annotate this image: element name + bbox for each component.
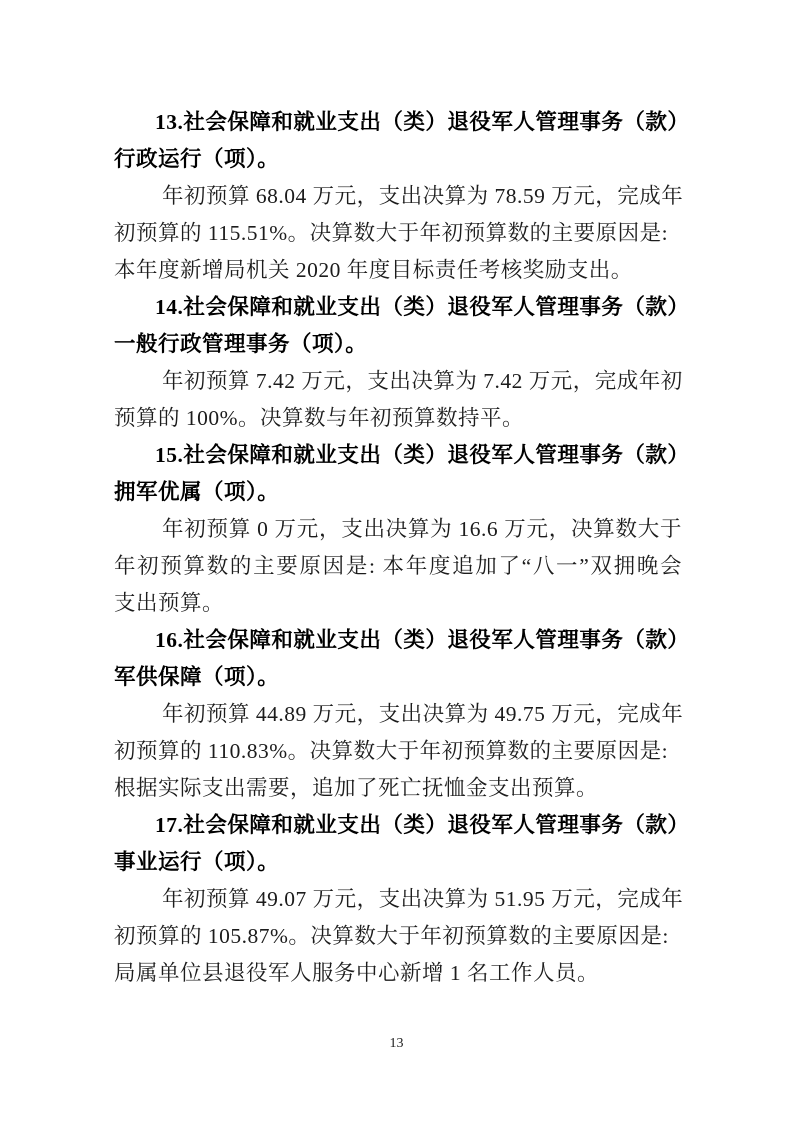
section-16: 16.社会保障和就业支出（类）退役军人管理事务（款） 军供保障（项）。 年初预算… [114, 622, 682, 807]
document-page: 13.社会保障和就业支出（类）退役军人管理事务（款） 行政运行（项）。 年初预算… [0, 0, 793, 1122]
body-line: 初预算的 115.51%。决算数大于年初预算数的主要原因是: [114, 215, 682, 252]
body-line: 年初预算 68.04 万元，支出决算为 78.59 万元，完成年 [114, 178, 682, 215]
heading-line: 一般行政管理事务（项）。 [114, 326, 682, 363]
body-line: 局属单位县退役军人服务中心新增 1 名工作人员。 [114, 955, 682, 992]
heading-line: 14.社会保障和就业支出（类）退役军人管理事务（款） [114, 289, 682, 326]
body-line: 年初预算数的主要原因是: 本年度追加了“八一”双拥晚会 [114, 548, 682, 585]
body-line: 年初预算 49.07 万元，支出决算为 51.95 万元，完成年 [114, 881, 682, 918]
page-content: 13.社会保障和就业支出（类）退役军人管理事务（款） 行政运行（项）。 年初预算… [114, 104, 682, 992]
body-line: 年初预算 44.89 万元，支出决算为 49.75 万元，完成年 [114, 696, 682, 733]
heading-line: 15.社会保障和就业支出（类）退役军人管理事务（款） [114, 437, 682, 474]
heading-line: 拥军优属（项）。 [114, 474, 682, 511]
body-line: 预算的 100%。决算数与年初预算数持平。 [114, 400, 682, 437]
body-line: 年初预算 0 万元，支出决算为 16.6 万元，决算数大于 [114, 511, 682, 548]
heading-line: 行政运行（项）。 [114, 141, 682, 178]
section-13: 13.社会保障和就业支出（类）退役军人管理事务（款） 行政运行（项）。 年初预算… [114, 104, 682, 289]
body-line: 初预算的 110.83%。决算数大于年初预算数的主要原因是: [114, 733, 682, 770]
heading-line: 17.社会保障和就业支出（类）退役军人管理事务（款） [114, 807, 682, 844]
section-14: 14.社会保障和就业支出（类）退役军人管理事务（款） 一般行政管理事务（项）。 … [114, 289, 682, 437]
heading-line: 16.社会保障和就业支出（类）退役军人管理事务（款） [114, 622, 682, 659]
section-15: 15.社会保障和就业支出（类）退役军人管理事务（款） 拥军优属（项）。 年初预算… [114, 437, 682, 622]
body-line: 初预算的 105.87%。决算数大于年初预算数的主要原因是: [114, 918, 682, 955]
body-line: 本年度新增局机关 2020 年度目标责任考核奖励支出。 [114, 252, 682, 289]
heading-line: 13.社会保障和就业支出（类）退役军人管理事务（款） [114, 104, 682, 141]
body-line: 年初预算 7.42 万元，支出决算为 7.42 万元，完成年初 [114, 363, 682, 400]
heading-line: 事业运行（项）。 [114, 844, 682, 881]
body-line: 根据实际支出需要，追加了死亡抚恤金支出预算。 [114, 770, 682, 807]
heading-line: 军供保障（项）。 [114, 659, 682, 696]
body-line: 支出预算。 [114, 585, 682, 622]
section-17: 17.社会保障和就业支出（类）退役军人管理事务（款） 事业运行（项）。 年初预算… [114, 807, 682, 992]
page-number: 13 [0, 1035, 793, 1053]
